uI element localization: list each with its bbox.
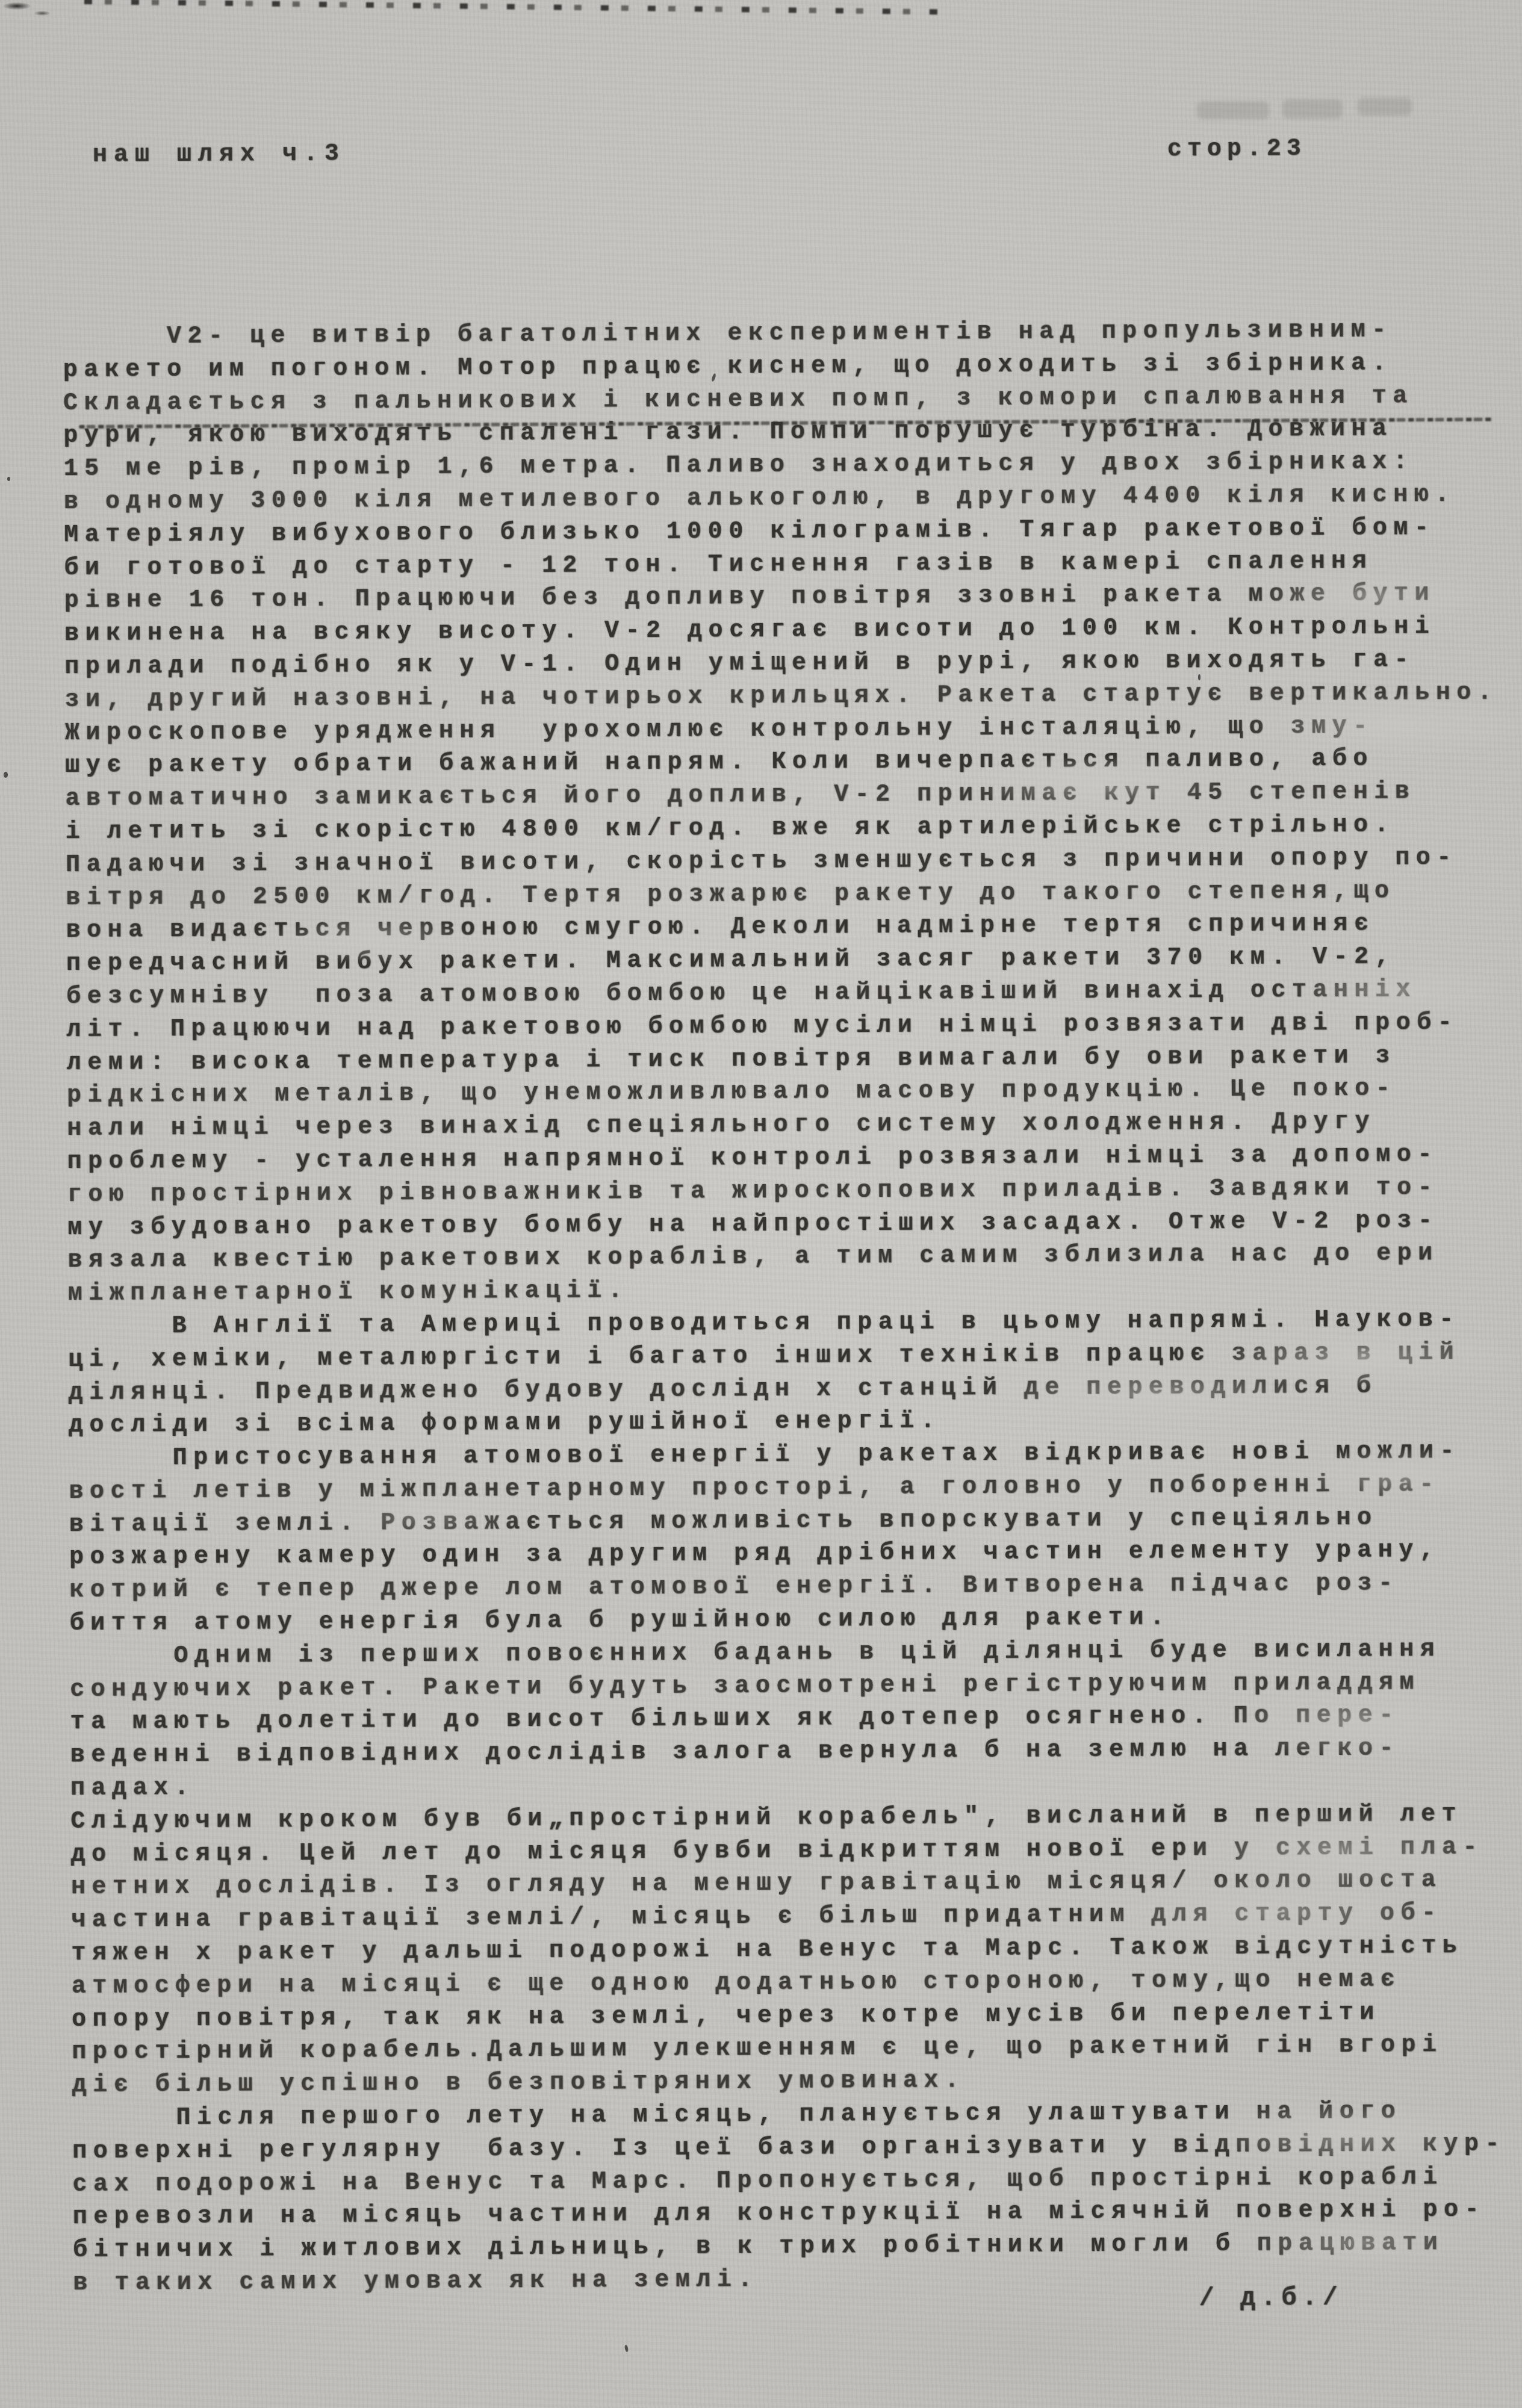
journal-title: наш шлях ч.3: [93, 140, 346, 171]
author-initials: / д.б./: [1199, 2283, 1343, 2313]
body-text: V2- це витвір багатолітних експериментів…: [63, 314, 1518, 2300]
page-number: стор.23: [1167, 134, 1306, 165]
typewritten-content: наш шлях ч.3 стор.23 V2- це витвір багат…: [0, 0, 1522, 2408]
scanned-document-page: наш шлях ч.3 стор.23 V2- це витвір багат…: [0, 0, 1522, 2408]
